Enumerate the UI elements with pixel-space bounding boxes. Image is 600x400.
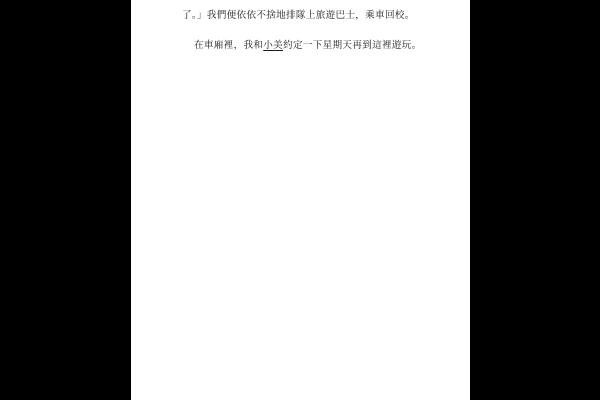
- paragraph-line: 了。」我們便依依不捨地排隊上旅遊巴士，乘車回校。: [182, 10, 415, 22]
- text-segment: 約定一下星期天再到這裡遊玩。: [283, 40, 422, 51]
- document-page: 了。」我們便依依不捨地排隊上旅遊巴士，乘車回校。 在車廂裡，我和小美約定一下星期…: [131, 0, 470, 400]
- document-viewer: 了。」我們便依依不捨地排隊上旅遊巴士，乘車回校。 在車廂裡，我和小美約定一下星期…: [0, 0, 600, 400]
- text-segment: 了。」我們便依依不捨地排隊上旅遊巴士，乘車回校。: [182, 10, 415, 21]
- proper-name-underlined: 小美: [263, 40, 283, 51]
- paragraph-line: 在車廂裡，我和小美約定一下星期天再到這裡遊玩。: [194, 40, 422, 52]
- text-segment: 在車廂裡，我和: [194, 40, 263, 51]
